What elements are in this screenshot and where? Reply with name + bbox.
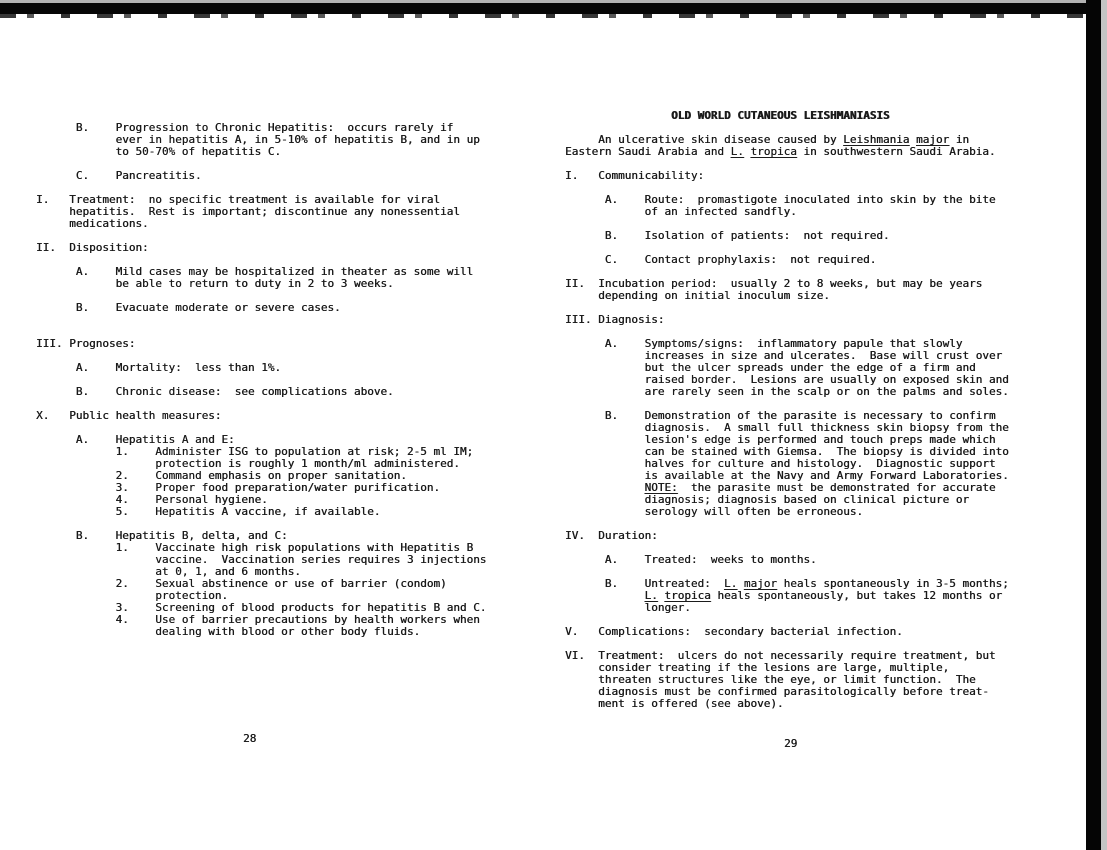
page-29-text: OLD WORLD CUTANEOUS LEISHMANIASIS An ulc… (565, 110, 1009, 710)
scan-edge-right (1101, 0, 1107, 850)
scan-black-bar-ragged-edge (0, 14, 1101, 18)
page-28-text: B. Progression to Chronic Hepatitis: occ… (36, 122, 486, 638)
page-29-number: 29 (784, 738, 797, 750)
scanned-document: B. Progression to Chronic Hepatitis: occ… (0, 0, 1107, 850)
page-28-number: 28 (243, 733, 256, 745)
scan-black-bar-right (1086, 0, 1101, 850)
scan-black-bar-top (0, 3, 1101, 14)
